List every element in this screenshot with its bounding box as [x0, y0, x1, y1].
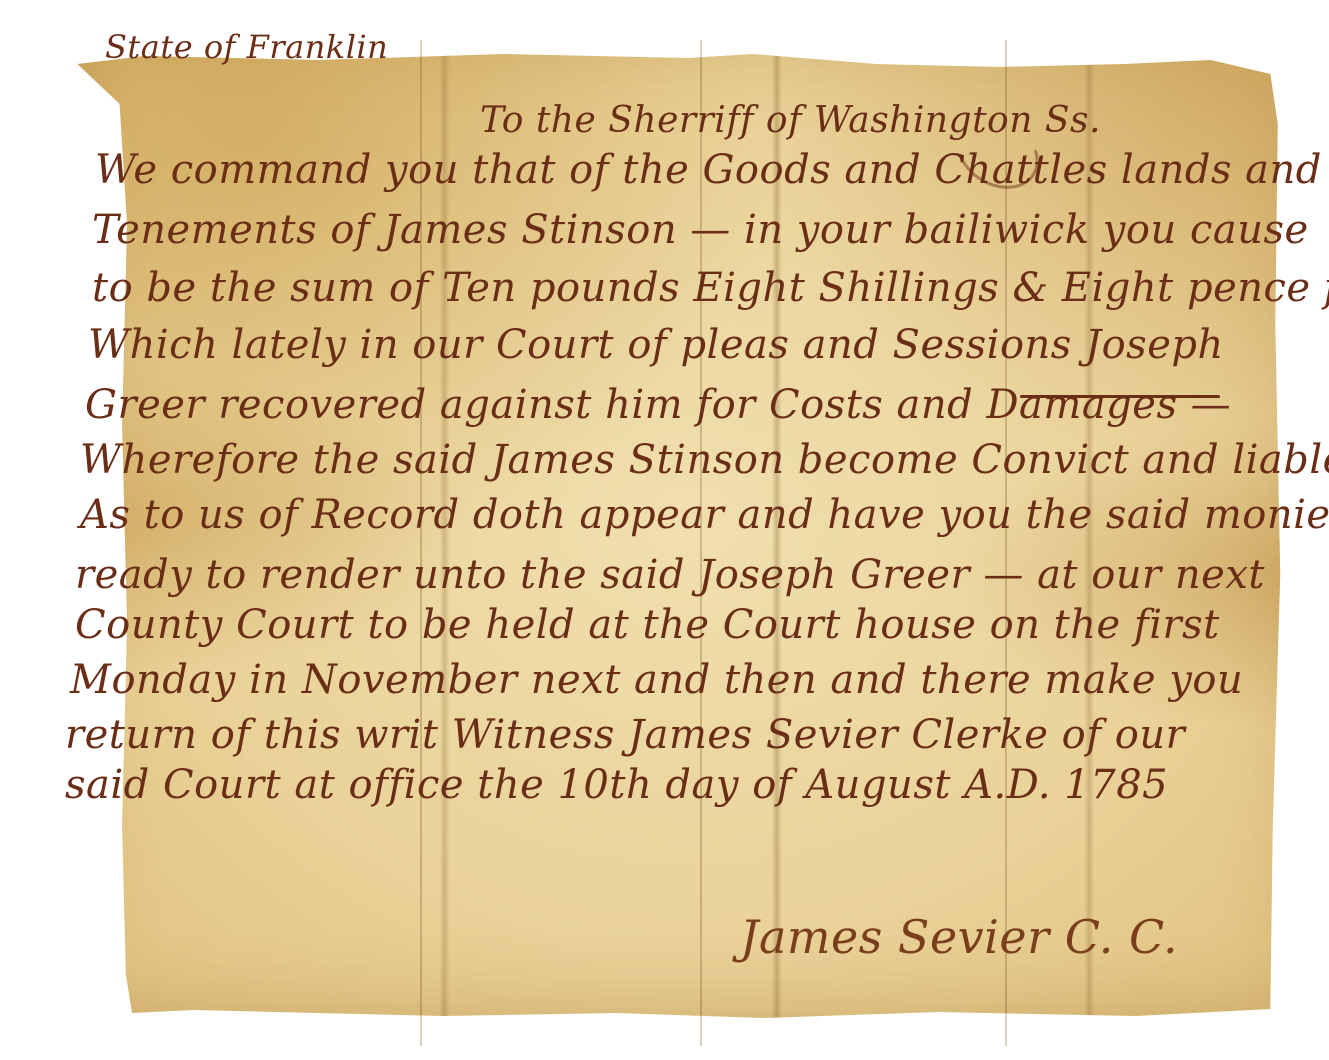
document-heading: State of Franklin: [105, 28, 388, 66]
writ-address: To the Sherriff of Washington Ss.: [480, 100, 1101, 141]
body-line-6: Wherefore the said James Stinson become …: [80, 440, 1329, 480]
body-line-3: to be the sum of Ten pounds Eight Shilli…: [92, 268, 1329, 308]
line-flourish-damages: [1020, 395, 1220, 398]
body-line-4: Which lately in our Court of pleas and S…: [88, 325, 1224, 365]
body-line-10: Monday in November next and then and the…: [70, 660, 1243, 700]
body-line-8: ready to render unto the said Joseph Gre…: [75, 555, 1265, 595]
clerk-signature: James Sevier C. C.: [740, 910, 1178, 964]
body-line-1: We command you that of the Goods and Cha…: [95, 150, 1322, 190]
document-scan: State of Franklin To the Sherriff of Was…: [0, 0, 1329, 1060]
body-line-9: County Court to be held at the Court hou…: [75, 605, 1220, 645]
body-line-7: As to us of Record doth appear and have …: [80, 495, 1329, 535]
body-line-12: said Court at office the 10th day of Aug…: [65, 765, 1168, 805]
body-line-11: return of this writ Witness James Sevier…: [65, 715, 1185, 755]
body-line-5: Greer recovered against him for Costs an…: [85, 385, 1231, 425]
body-line-2: Tenements of James Stinson — in your bai…: [92, 210, 1309, 250]
